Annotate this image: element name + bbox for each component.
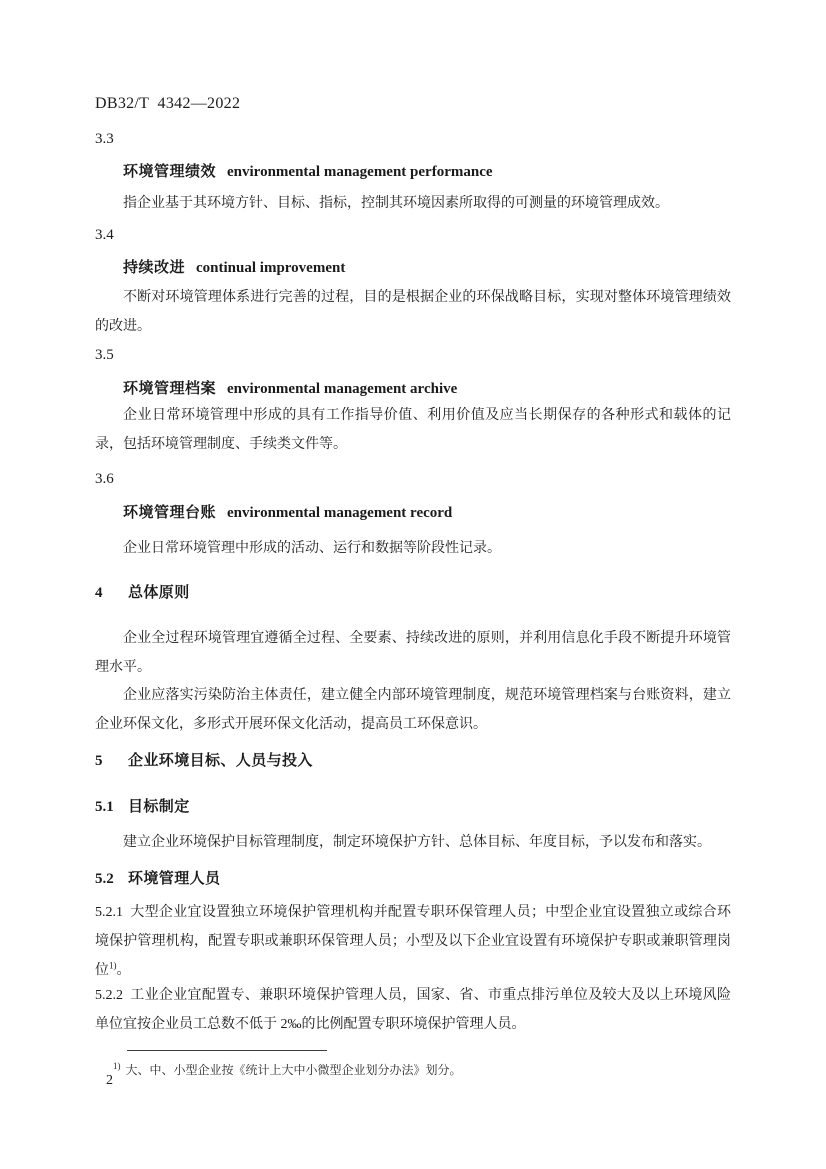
- clause-5-2-1-paragraph: 5.2.1大型企业宜设置独立环境保护管理机构并配置专职环保管理人员；中型企业宜设…: [95, 898, 731, 985]
- term-number-3-4: 3.4: [95, 226, 731, 244]
- term-definition-3-6: 企业日常环境管理中形成的活动、运行和数据等阶段性记录。: [95, 534, 731, 563]
- term-en-label: environmental management record: [227, 505, 452, 521]
- term-heading-3-3: 环境管理绩效environmental management performan…: [123, 162, 731, 182]
- term-number-3-3: 3.3: [95, 130, 731, 148]
- clause-5-heading: 5企业环境目标、人员与投入: [95, 751, 731, 771]
- term-heading-3-5: 环境管理档案environmental management archive: [123, 379, 731, 399]
- footnote-divider-rule: [127, 1050, 327, 1051]
- footnote-marker: 1): [113, 1061, 121, 1071]
- page-number: 2: [106, 1072, 146, 1090]
- clause-5-2-heading: 5.2环境管理人员: [95, 869, 731, 889]
- clause-number: 5.1: [95, 797, 128, 817]
- term-definition-3-4: 不断对环境管理体系进行完善的过程，目的是根据企业的环保战略目标，实现对整体环境管…: [95, 283, 731, 341]
- term-en-label: continual improvement: [196, 260, 345, 276]
- clause-5-1-paragraph: 建立企业环境保护目标管理制度，制定环境保护方针、总体目标、年度目标，予以发布和落…: [95, 828, 731, 857]
- term-definition-3-3: 指企业基于其环境方针、目标、指标，控制其环境因素所取得的可测量的环境管理成效。: [95, 189, 731, 218]
- paragraph-text: 大型企业宜设置独立环境保护管理机构并配置专职环保管理人员；中型企业宜设置独立或综…: [95, 905, 731, 978]
- clause-4-heading: 4总体原则: [95, 583, 731, 603]
- footnote-reference: 1): [109, 960, 117, 970]
- clause-5-2-2-paragraph: 5.2.2工业企业宜配置专、兼职环境保护管理人员，国家、省、市重点排污单位及较大…: [95, 981, 731, 1039]
- clause-title: 目标制定: [128, 798, 190, 815]
- clause-4-paragraph-2: 企业应落实污染防治主体责任，建立健全内部环境管理制度，规范环境管理档案与台账资料…: [95, 681, 731, 739]
- term-en-label: environmental management performance: [227, 164, 493, 180]
- document-code-header: DB32/T 4342—2022: [95, 94, 731, 114]
- paragraph-text-tail: 。: [117, 963, 131, 978]
- clause-title: 总体原则: [128, 584, 190, 601]
- footnote-text: 大、中、小型企业按《统计上大中小微型企业划分办法》划分。: [126, 1063, 462, 1077]
- term-zh-label: 持续改进: [123, 259, 185, 276]
- term-en-label: environmental management archive: [227, 381, 457, 397]
- clause-number: 4: [95, 583, 128, 603]
- paragraph-text: 工业企业宜配置专、兼职环境保护管理人员，国家、省、市重点排污单位及较大及以上环境…: [95, 988, 731, 1032]
- paragraph-number: 5.2.2: [95, 988, 123, 1003]
- document-page: DB32/T 4342—2022 3.3 环境管理绩效environmental…: [0, 0, 826, 1169]
- paragraph-number: 5.2.1: [95, 905, 123, 920]
- term-zh-label: 环境管理绩效: [123, 163, 216, 180]
- term-zh-label: 环境管理台账: [123, 504, 216, 521]
- term-definition-3-5: 企业日常环境管理中形成的具有工作指导价值、利用价值及应当长期保存的各种形式和载体…: [95, 401, 731, 459]
- term-zh-label: 环境管理档案: [123, 380, 216, 397]
- clause-title: 环境管理人员: [128, 870, 220, 887]
- clause-4-paragraph-1: 企业全过程环境管理宜遵循全过程、全要素、持续改进的原则，并利用信息化手段不断提升…: [95, 624, 731, 682]
- clause-5-1-heading: 5.1目标制定: [95, 797, 731, 817]
- term-number-3-5: 3.5: [95, 346, 731, 364]
- clause-number: 5: [95, 751, 128, 771]
- term-heading-3-6: 环境管理台账environmental management record: [123, 503, 731, 523]
- term-heading-3-4: 持续改进continual improvement: [123, 258, 731, 278]
- clause-title: 企业环境目标、人员与投入: [128, 752, 313, 769]
- clause-number: 5.2: [95, 869, 128, 889]
- term-number-3-6: 3.6: [95, 470, 731, 488]
- footnote: 1)大、中、小型企业按《统计上大中小微型企业划分办法》划分。: [95, 1058, 731, 1078]
